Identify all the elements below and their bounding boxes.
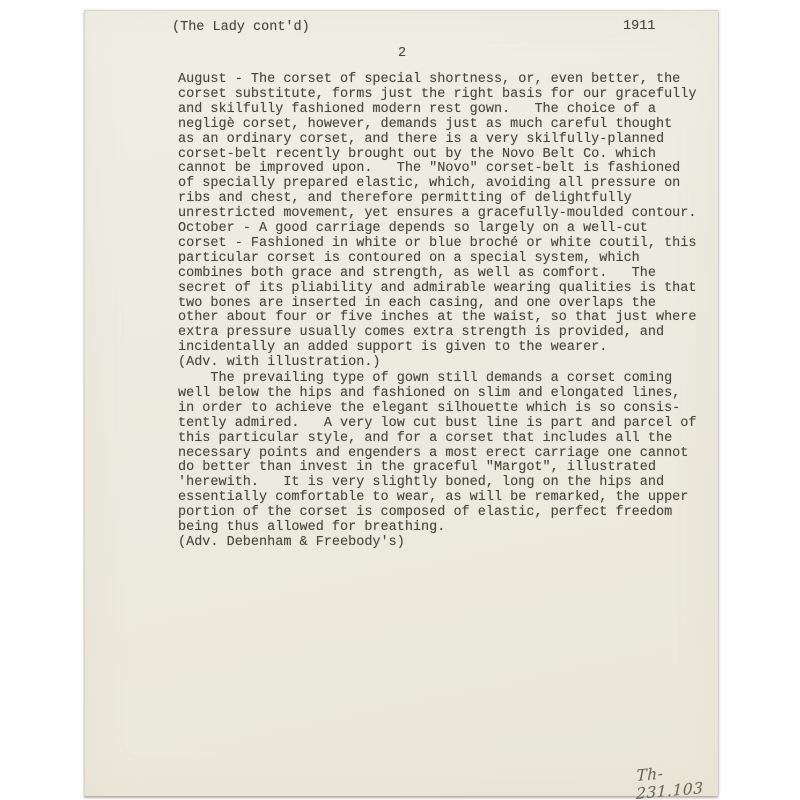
year-label: 1911 xyxy=(623,20,655,35)
running-header: (The Lady cont'd) xyxy=(172,21,310,36)
scan-background: (The Lady cont'd) 1911 2 August - The co… xyxy=(0,0,800,800)
paragraph-august: August - The corset of special shortness… xyxy=(178,73,696,222)
page-number: 2 xyxy=(398,47,406,62)
paragraph-prevailing-type: The prevailing type of gown still demand… xyxy=(178,372,696,551)
paragraph-october: October - A good carriage depends so lar… xyxy=(178,222,696,371)
document-page: (The Lady cont'd) 1911 2 August - The co… xyxy=(84,10,718,796)
handwritten-catalog-number: Th-231.103 xyxy=(636,760,718,800)
